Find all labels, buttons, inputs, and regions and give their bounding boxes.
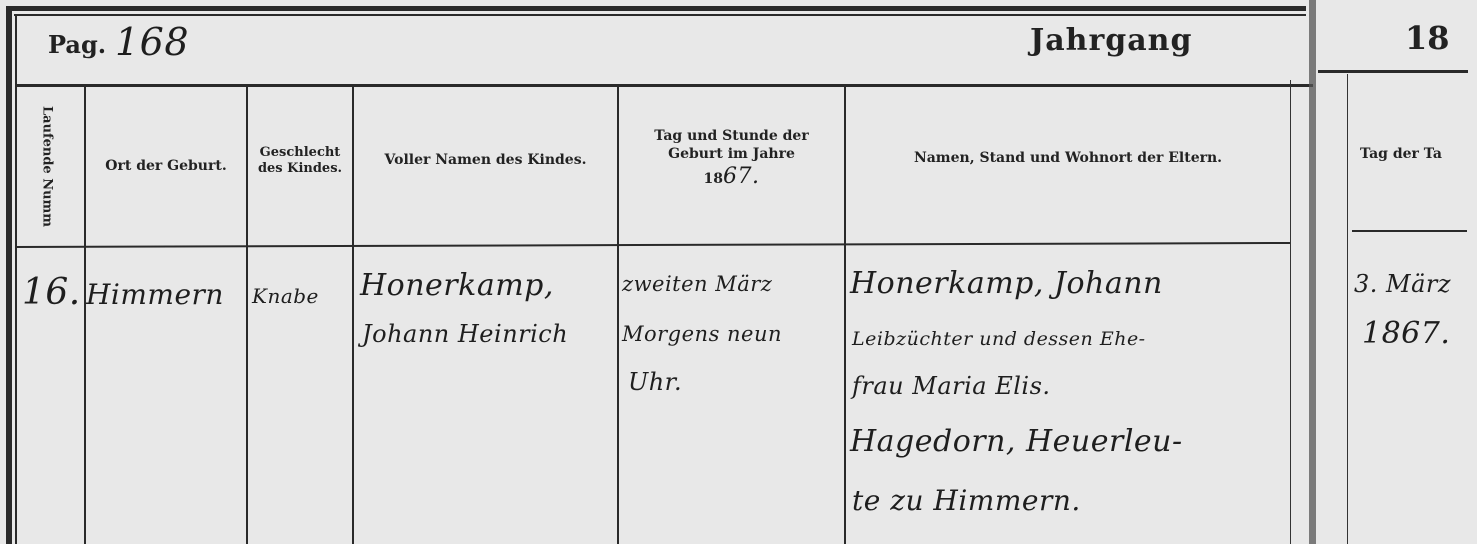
entry-parents-line5: te zu Himmern. xyxy=(852,484,1081,517)
page-label: Pag. xyxy=(48,30,106,60)
entry-sex: Knabe xyxy=(252,284,319,308)
header-bottom-rule xyxy=(15,84,1313,87)
entry-birth-line2: Morgens neun xyxy=(622,322,782,346)
right-page-col-rule-a xyxy=(1290,80,1291,544)
col-header-geschlecht-line2: des Kindes. xyxy=(248,161,352,177)
entry-birth-line3: Uhr. xyxy=(628,368,682,396)
col-header-tag-stunde: Tag und Stunde der Geburt im Jahre 1867. xyxy=(619,128,844,191)
col-header-geschlecht-line1: Geschlecht xyxy=(248,145,352,161)
column-header-bottom-rule-right xyxy=(1352,230,1467,232)
col-header-year: 1867. xyxy=(619,163,844,191)
entry-place: Himmern xyxy=(86,278,224,311)
header-year-fragment: 18 xyxy=(1405,18,1450,58)
col-header-year-printed: 18 xyxy=(704,171,723,187)
page-number: 168 xyxy=(115,20,189,64)
frame-left-inner-rule xyxy=(15,14,17,544)
col-header-taufe: Tag der Ta xyxy=(1360,146,1477,164)
entry-number: 16. xyxy=(22,272,81,313)
entry-parents-line4: Hagedorn, Heuerleu- xyxy=(850,424,1183,459)
frame-left-rule xyxy=(6,6,12,544)
col-header-year-hand: 67. xyxy=(723,164,760,189)
header-jahrgang: Jahrgang xyxy=(1030,22,1192,60)
frame-top-rule xyxy=(6,6,1306,11)
entry-parents-line2: Leibzüchter und dessen Ehe- xyxy=(852,328,1146,350)
entry-baptism-line2: 1867. xyxy=(1362,316,1450,351)
col-header-eltern: Namen, Stand und Wohnort der Eltern. xyxy=(846,150,1290,168)
frame-top-inner-rule xyxy=(14,14,1306,16)
col-header-geschlecht: Geschlecht des Kindes. xyxy=(248,145,352,178)
right-page-col-rule-b xyxy=(1347,74,1348,544)
header-bottom-rule-right xyxy=(1318,70,1468,73)
entry-child-name-line2: Johann Heinrich xyxy=(362,320,568,348)
col-header-tag-stunde-line2: Geburt im Jahre xyxy=(619,146,844,164)
col-header-laufende-nummer: Laufende Numm xyxy=(38,92,54,242)
entry-parents-line3: frau Maria Elis. xyxy=(852,372,1051,400)
register-page: Pag. 168 Jahrgang 18 Laufende Numm Ort d… xyxy=(0,0,1477,544)
book-gutter-fold xyxy=(1309,0,1316,544)
col-header-name: Voller Namen des Kindes. xyxy=(354,152,617,170)
col-header-tag-stunde-line1: Tag und Stunde der xyxy=(619,128,844,146)
entry-child-name-line1: Honerkamp, xyxy=(360,268,554,303)
col-rule-1 xyxy=(84,87,86,544)
column-header-bottom-rule xyxy=(15,242,1290,248)
entry-parents-line1: Honerkamp, Johann xyxy=(850,266,1163,301)
col-header-ort: Ort der Geburt. xyxy=(86,158,246,176)
entry-baptism-line1: 3. März xyxy=(1354,270,1451,298)
entry-birth-line1: zweiten März xyxy=(622,272,772,296)
